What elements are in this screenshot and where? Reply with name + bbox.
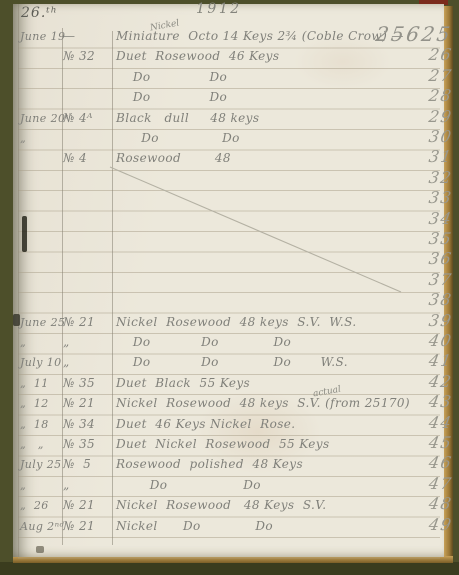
description-cell: Nickel Rosewood 48 keys S.V. W.S. (116, 315, 357, 329)
serial-number-cell: 35 (427, 229, 453, 248)
ledger-row: „ 18№ 34Duet 46 Keys Nickel Rose.44 (13, 416, 444, 437)
ledger-row: June 20ᵗʰ№ 4ᴬBlack dull 48 keys29 (13, 110, 444, 131)
catalog-no-cell: № 4ᴬ (63, 111, 93, 125)
ledger-row: 35 (13, 232, 444, 253)
date-cell: July 25 (20, 458, 62, 471)
catalog-no-cell: № 34 (63, 417, 95, 431)
description-cell: Do Do (116, 131, 240, 145)
serial-number-cell: 41 (427, 351, 453, 370)
date-cell: July 10 (20, 356, 62, 369)
date-cell: „ (20, 479, 26, 492)
serial-number-cell: 34 (427, 209, 453, 228)
date-cell: „ (20, 336, 26, 349)
year-heading: 1912 (196, 1, 242, 17)
ledger-row: 36 (13, 252, 444, 273)
serial-number-cell: 45 (427, 433, 453, 452)
serial-number-cell: 44 (427, 413, 453, 432)
description-cell: Duet Rosewood 46 Keys (116, 49, 279, 63)
catalog-no-cell: „ (63, 335, 70, 349)
catalog-no-cell: № 35 (63, 376, 95, 390)
ledger-row: Aug 2ⁿᵈ№ 21Nickel Do Do49 (13, 518, 444, 539)
serial-number-cell: 48 (427, 494, 453, 513)
ledger-row: June 19—Miniature Octo 14 Keys 2¾ (Coble… (13, 28, 444, 49)
serial-number-cell: 40 (427, 331, 453, 350)
serial-number-cell: 46 (427, 453, 453, 472)
ledger-row: „ „№ 35Duet Nickel Rosewood 55 Keys45 (13, 436, 444, 457)
date-cell: June 25 (20, 316, 65, 329)
ledger-row: „ 26№ 21Nickel Rosewood 48 Keys S.V.48 (13, 497, 444, 518)
ledger-row: „ Do Do30 (13, 130, 444, 151)
ledger-page: 26.ᵗʰ 1912 June 19—Miniature Octo 14 Key… (13, 4, 444, 557)
serial-number-cell: 38 (427, 290, 453, 309)
description-cell: Nickel Do Do (116, 519, 273, 533)
catalog-no-cell: № 5 (63, 457, 91, 471)
catalog-no-cell: № 21 (63, 519, 95, 533)
serial-number-cell: 39 (427, 311, 453, 330)
date-cell: „ 11 (20, 377, 49, 390)
binding-crack-mark-2 (13, 314, 20, 326)
date-cell: „ 12 (20, 397, 49, 410)
serial-number-cell: 29 (427, 107, 453, 126)
catalog-no-cell: № 4 (63, 151, 87, 165)
serial-number-cell: 49 (427, 515, 453, 534)
ledger-row: „ 12№ 21Nickel Rosewood 48 keys S.V. (fr… (13, 395, 444, 416)
serial-number-cell: 28 (427, 86, 453, 105)
description-cell: Do Do (116, 70, 227, 84)
serial-number-cell: 26 (427, 45, 453, 64)
serial-number-cell: 31 (427, 147, 453, 166)
scanned-ledger-image: { "meta": { "page_label": "26.ᵗʰ", "year… (0, 0, 459, 575)
serial-number-cell: 47 (427, 474, 453, 493)
ledger-row: „ 11№ 35Duet Black 55 Keys42 (13, 375, 444, 396)
description-cell: Nickel Rosewood 48 keys S.V. (from 25170… (116, 396, 410, 410)
description-cell: Duet 46 Keys Nickel Rose. (116, 417, 296, 431)
date-cell: „ 18 (20, 418, 49, 431)
date-cell: June 19 (20, 30, 65, 43)
catalog-no-cell: № 32 (63, 49, 95, 63)
description-cell: Rosewood polished 48 Keys (116, 457, 303, 471)
catalog-no-cell: № 21 (63, 396, 95, 410)
serial-number-cell: 37 (427, 270, 453, 289)
ledger-row: 33 (13, 191, 444, 212)
page-number-label: 26.ᵗʰ (21, 5, 58, 21)
catalog-no-cell: „ (63, 355, 70, 369)
description-cell: Do Do (116, 90, 227, 104)
catalog-no-cell: — (63, 29, 75, 43)
scan-bottom-border (0, 562, 459, 575)
binding-crack-mark (22, 216, 27, 252)
serial-number-cell: 27 (427, 66, 453, 85)
date-cell: Aug 2ⁿᵈ (20, 520, 64, 533)
description-cell: Black dull 48 keys (116, 111, 259, 125)
ledger-row: „„ Do Do47 (13, 477, 444, 498)
ledger-row: July 10„ Do Do Do W.S.41 (13, 354, 444, 375)
catalog-no-cell: „ (63, 478, 70, 492)
description-cell: Do Do Do (116, 335, 291, 349)
serial-number-cell: 42 (427, 372, 453, 391)
description-cell: Duet Nickel Rosewood 55 Keys (116, 437, 330, 451)
ledger-row: 38 (13, 293, 444, 314)
serial-number-cell: 43 (427, 392, 453, 411)
catalog-no-cell: № 21 (63, 498, 95, 512)
serial-number-cell: 36 (427, 249, 453, 268)
ledger-row: 32 (13, 171, 444, 192)
serial-number-cell: 33 (427, 188, 453, 207)
date-cell: „ „ (20, 438, 44, 451)
serial-number-cell: 25625 (374, 22, 454, 46)
ledger-row: 34 (13, 212, 444, 233)
serial-number-cell: 30 (427, 127, 453, 146)
catalog-no-cell: № 21 (63, 315, 95, 329)
ledger-row: № 4Rosewood 4831 (13, 150, 444, 171)
description-cell: Nickel Rosewood 48 Keys S.V. (116, 498, 326, 512)
description-cell: Duet Black 55 Keys (116, 376, 250, 390)
ledger-row: June 25№ 21Nickel Rosewood 48 keys S.V. … (13, 314, 444, 335)
ledger-row: „„ Do Do Do40 (13, 334, 444, 355)
ledger-row: № 32Duet Rosewood 46 Keys26 (13, 48, 444, 69)
description-cell: Do Do (116, 478, 261, 492)
date-cell: „ (20, 132, 26, 145)
ledger-row: July 25№ 5Rosewood polished 48 Keys46 (13, 456, 444, 477)
date-cell: „ 26 (20, 499, 49, 512)
catalog-no-cell: № 35 (63, 437, 95, 451)
serial-number-cell: 32 (427, 168, 453, 187)
ledger-row: Do Do27 (13, 69, 444, 90)
ledger-row: 37 (13, 273, 444, 294)
description-cell: Rosewood 48 (116, 151, 231, 165)
ink-smudge (36, 546, 44, 553)
ledger-row: Do Do28 (13, 89, 444, 110)
description-cell: Do Do Do W.S. (116, 355, 348, 369)
